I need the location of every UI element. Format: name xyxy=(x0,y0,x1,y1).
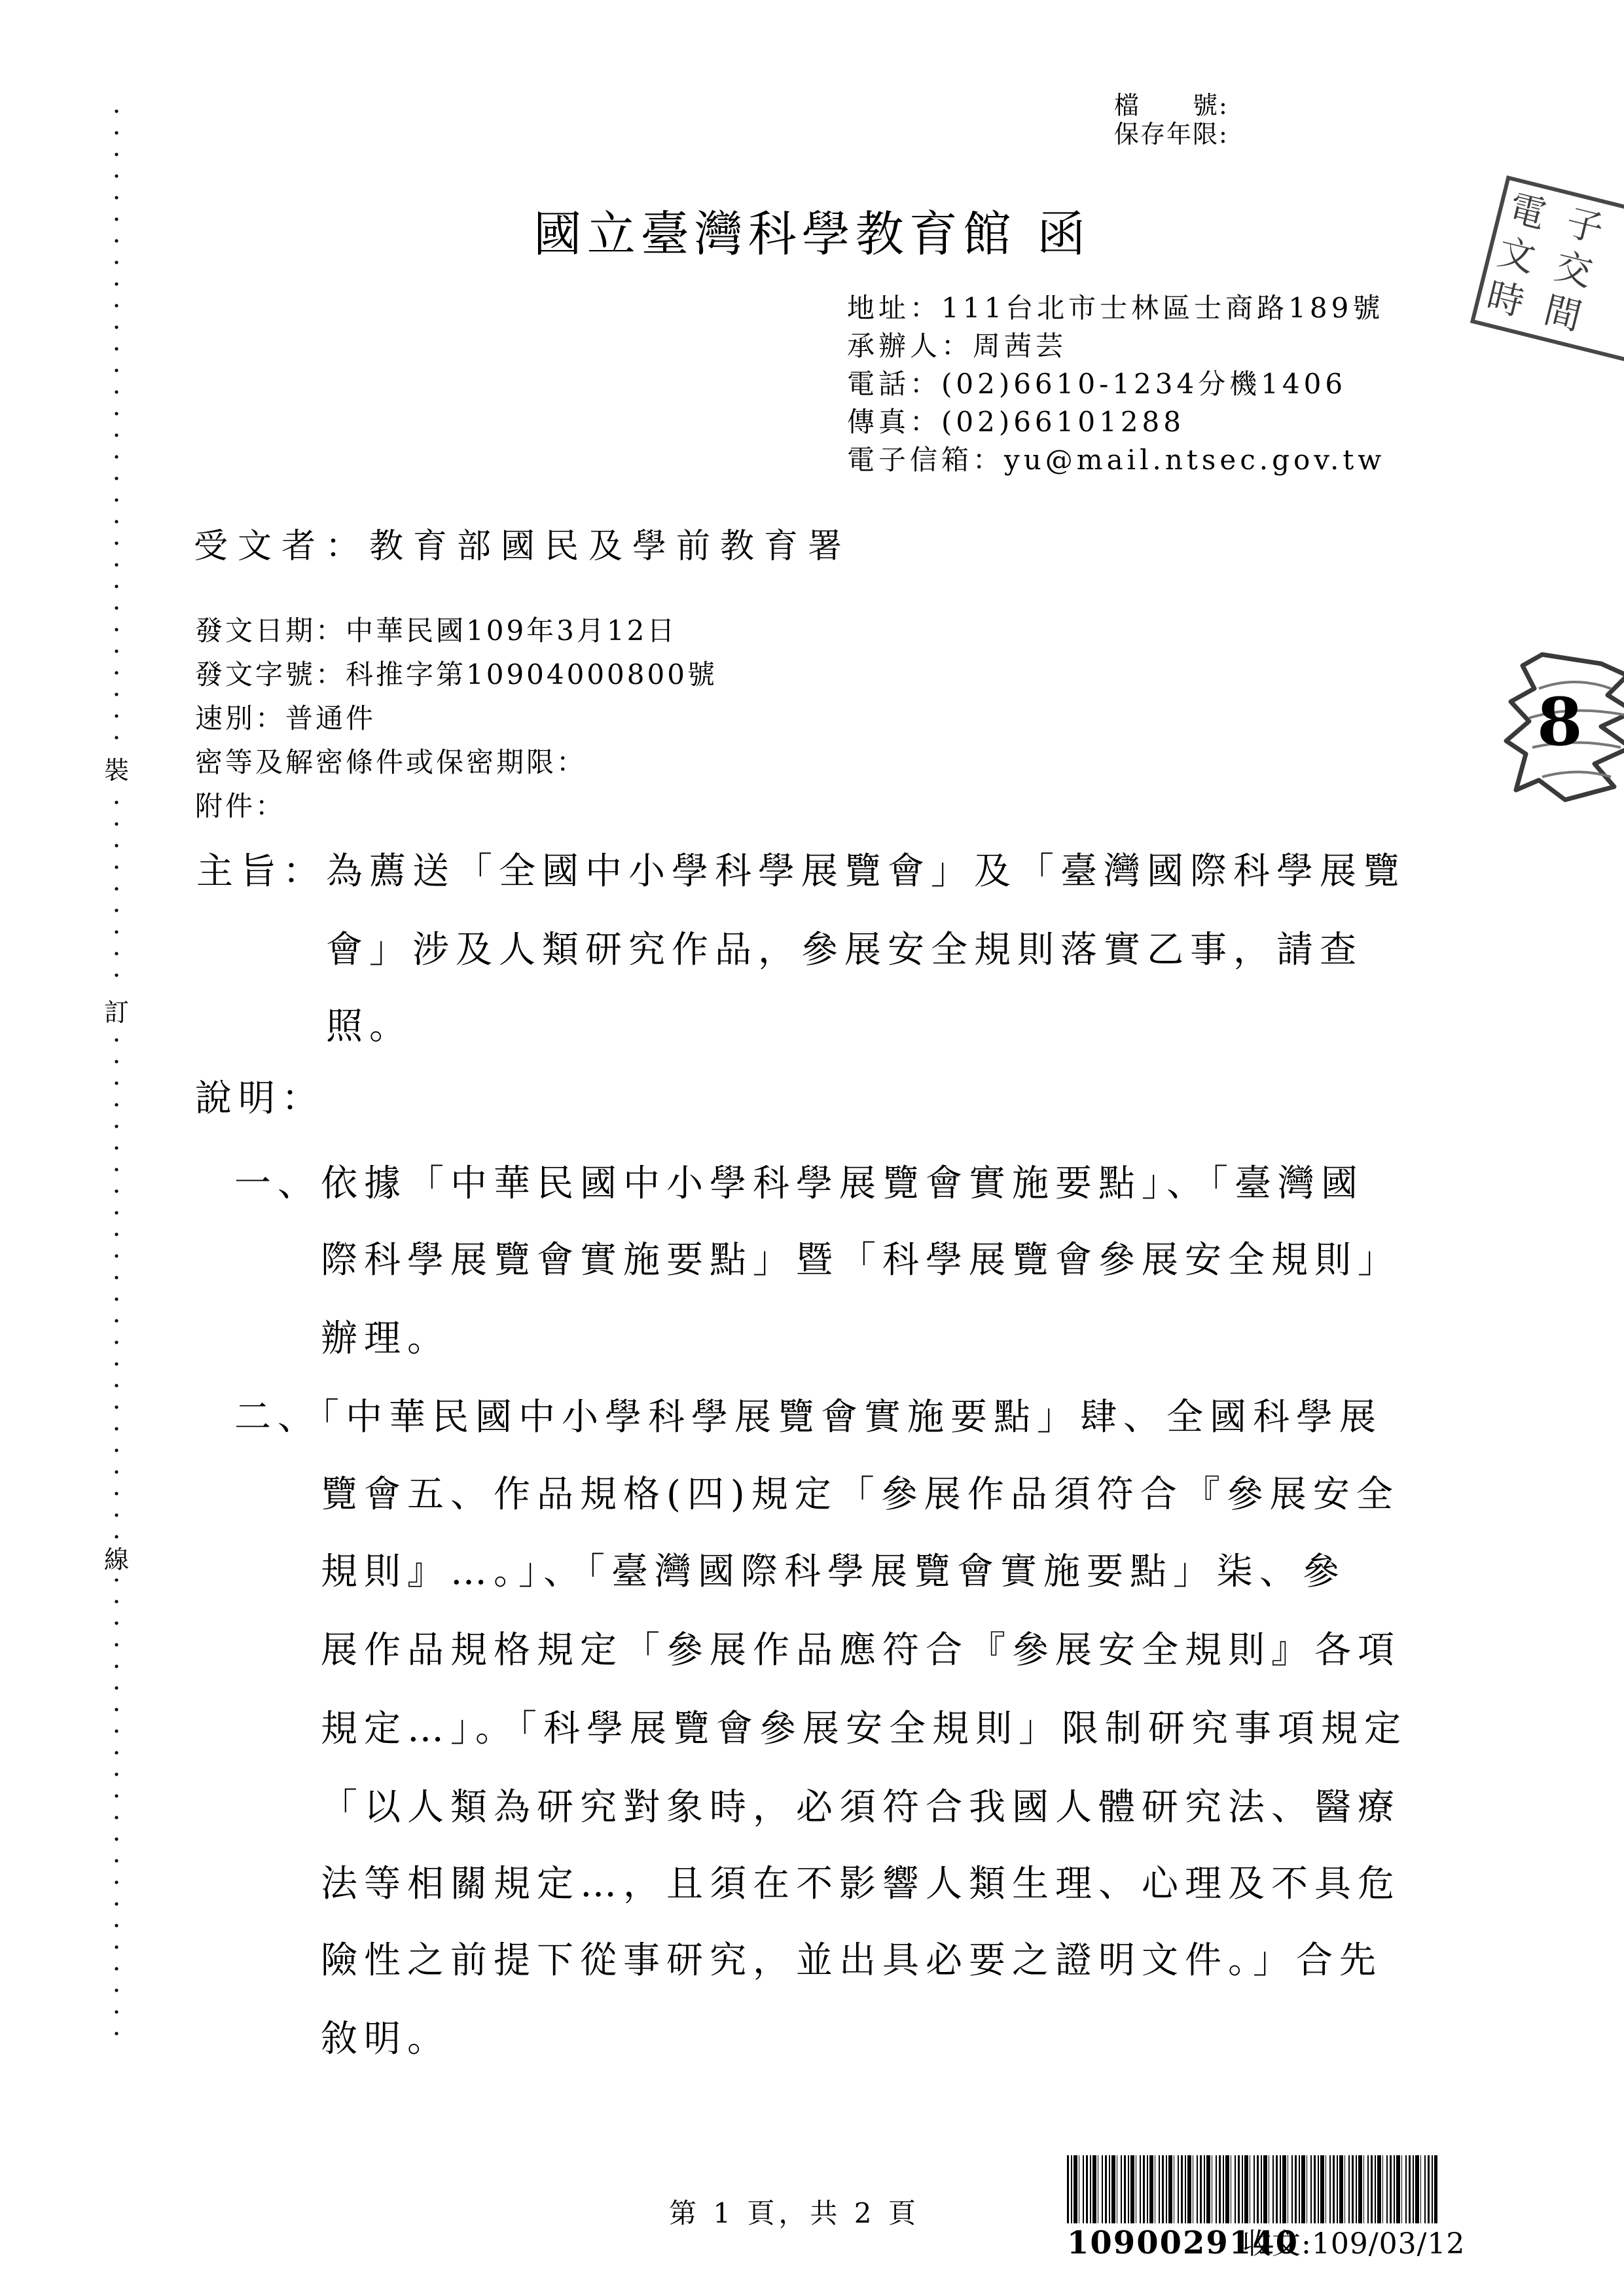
fax-line: 傳真：(02)66101288 xyxy=(847,406,1185,438)
item1-line-1: 一、依據「中華民國中小學科學展覽會實施要點」、「臺灣國 xyxy=(234,1163,1364,1205)
subject-label: 主旨： xyxy=(196,850,326,893)
item2-line-4: 展作品規格規定「參展作品應符合『參展安全規則』各項 xyxy=(321,1630,1401,1672)
file-number-label: 檔 號: xyxy=(1114,92,1229,120)
received-barcode xyxy=(1067,2155,1437,2223)
item2-line-2: 覽會五、作品規格(四)規定「參展作品須符合『參展安全 xyxy=(321,1474,1399,1516)
item1-bullet: 一、 xyxy=(234,1162,321,1205)
phone-line: 電話：(02)6610-1234分機1406 xyxy=(847,368,1346,400)
item2-line-7: 法等相關規定…，且須在不影響人類生理、心理及不具危 xyxy=(321,1863,1401,1905)
item2-line-6: 「以人類為研究對象時，必須符合我國人體研究法、醫療 xyxy=(321,1787,1401,1829)
page-number-info: 第 1 頁，共 2 頁 xyxy=(669,2198,920,2229)
subject-text: 為薦送「全國中小學科學展覽會」及「臺灣國際科學展覽 xyxy=(326,850,1406,893)
recipient-line: 受文者：教育部國民及學前教育署 xyxy=(194,528,852,567)
chop-digit: 8 xyxy=(1537,683,1583,761)
item1-text: 依據「中華民國中小學科學展覽會實施要點」、「臺灣國 xyxy=(321,1162,1364,1205)
received-date-label: 收文:109/03/12 xyxy=(1242,2228,1465,2261)
explanation-label: 說明： xyxy=(195,1078,325,1120)
email-line: 電子信箱：yu@mail.ntsec.gov.tw xyxy=(847,444,1385,476)
issue-date-line: 發文日期：中華民國109年3月12日 xyxy=(195,615,677,647)
item2-line-1: 二、「中華民國中小學科學展覽會實施要點」肆、全國科學展 xyxy=(234,1397,1382,1439)
security-line: 密等及解密條件或保密期限： xyxy=(195,747,586,778)
attachment-line: 附件： xyxy=(195,791,285,822)
item2-line-8: 險性之前提下從事研究，並出具必要之證明文件。」合先 xyxy=(321,1940,1382,1982)
subject-line-3: 照。 xyxy=(326,1006,412,1048)
subject-line-2: 會」涉及人類研究作品，參展安全規則落實乙事，請查 xyxy=(326,929,1363,971)
scanned-official-letter-page: 裝 訂 線 檔 號: 保存年限: 電子 文交 時間 國立臺灣科學教育館 函 地址… xyxy=(0,0,1624,2296)
item2-line-3: 規則』…。」、「臺灣國際科學展覽會實施要點」柒、參 xyxy=(321,1551,1346,1593)
doc-number-line: 發文字號：科推字第10904000800號 xyxy=(195,659,717,691)
binding-label-xian: 線 xyxy=(102,1541,131,1579)
speed-line: 速別：普通件 xyxy=(195,703,376,734)
binding-label-zhuang: 裝 xyxy=(102,751,131,789)
item2-text: 「中華民國中小學科學展覽會實施要點」肆、全國科學展 xyxy=(321,1396,1382,1439)
electronic-exchange-stamp: 電子 文交 時間 xyxy=(1470,175,1624,363)
item2-line-5: 規定…」。「科學展覽會參展安全規則」限制研究事項規定 xyxy=(321,1708,1407,1750)
sender-address-line: 地址：111台北市士林區士商路189號 xyxy=(847,293,1384,324)
binding-label-ding: 訂 xyxy=(102,994,131,1031)
subject-line-1: 主旨：為薦送「全國中小學科學展覽會」及「臺灣國際科學展覽 xyxy=(196,851,1406,893)
item1-line-3: 辦理。 xyxy=(321,1318,450,1360)
document-title: 國立臺灣科學教育館 函 xyxy=(0,207,1624,262)
item2-bullet: 二、 xyxy=(234,1396,321,1439)
numeric-chop-stamp: 8 xyxy=(1503,649,1624,803)
binding-dotted-line xyxy=(115,108,118,2039)
item2-line-9: 敘明。 xyxy=(321,2018,450,2060)
retention-period-label: 保存年限: xyxy=(1114,120,1229,149)
contact-person-line: 承辦人：周茜芸 xyxy=(847,331,1067,362)
item1-line-2: 際科學展覽會實施要點」暨「科學展覽會參展安全規則」 xyxy=(321,1240,1401,1282)
